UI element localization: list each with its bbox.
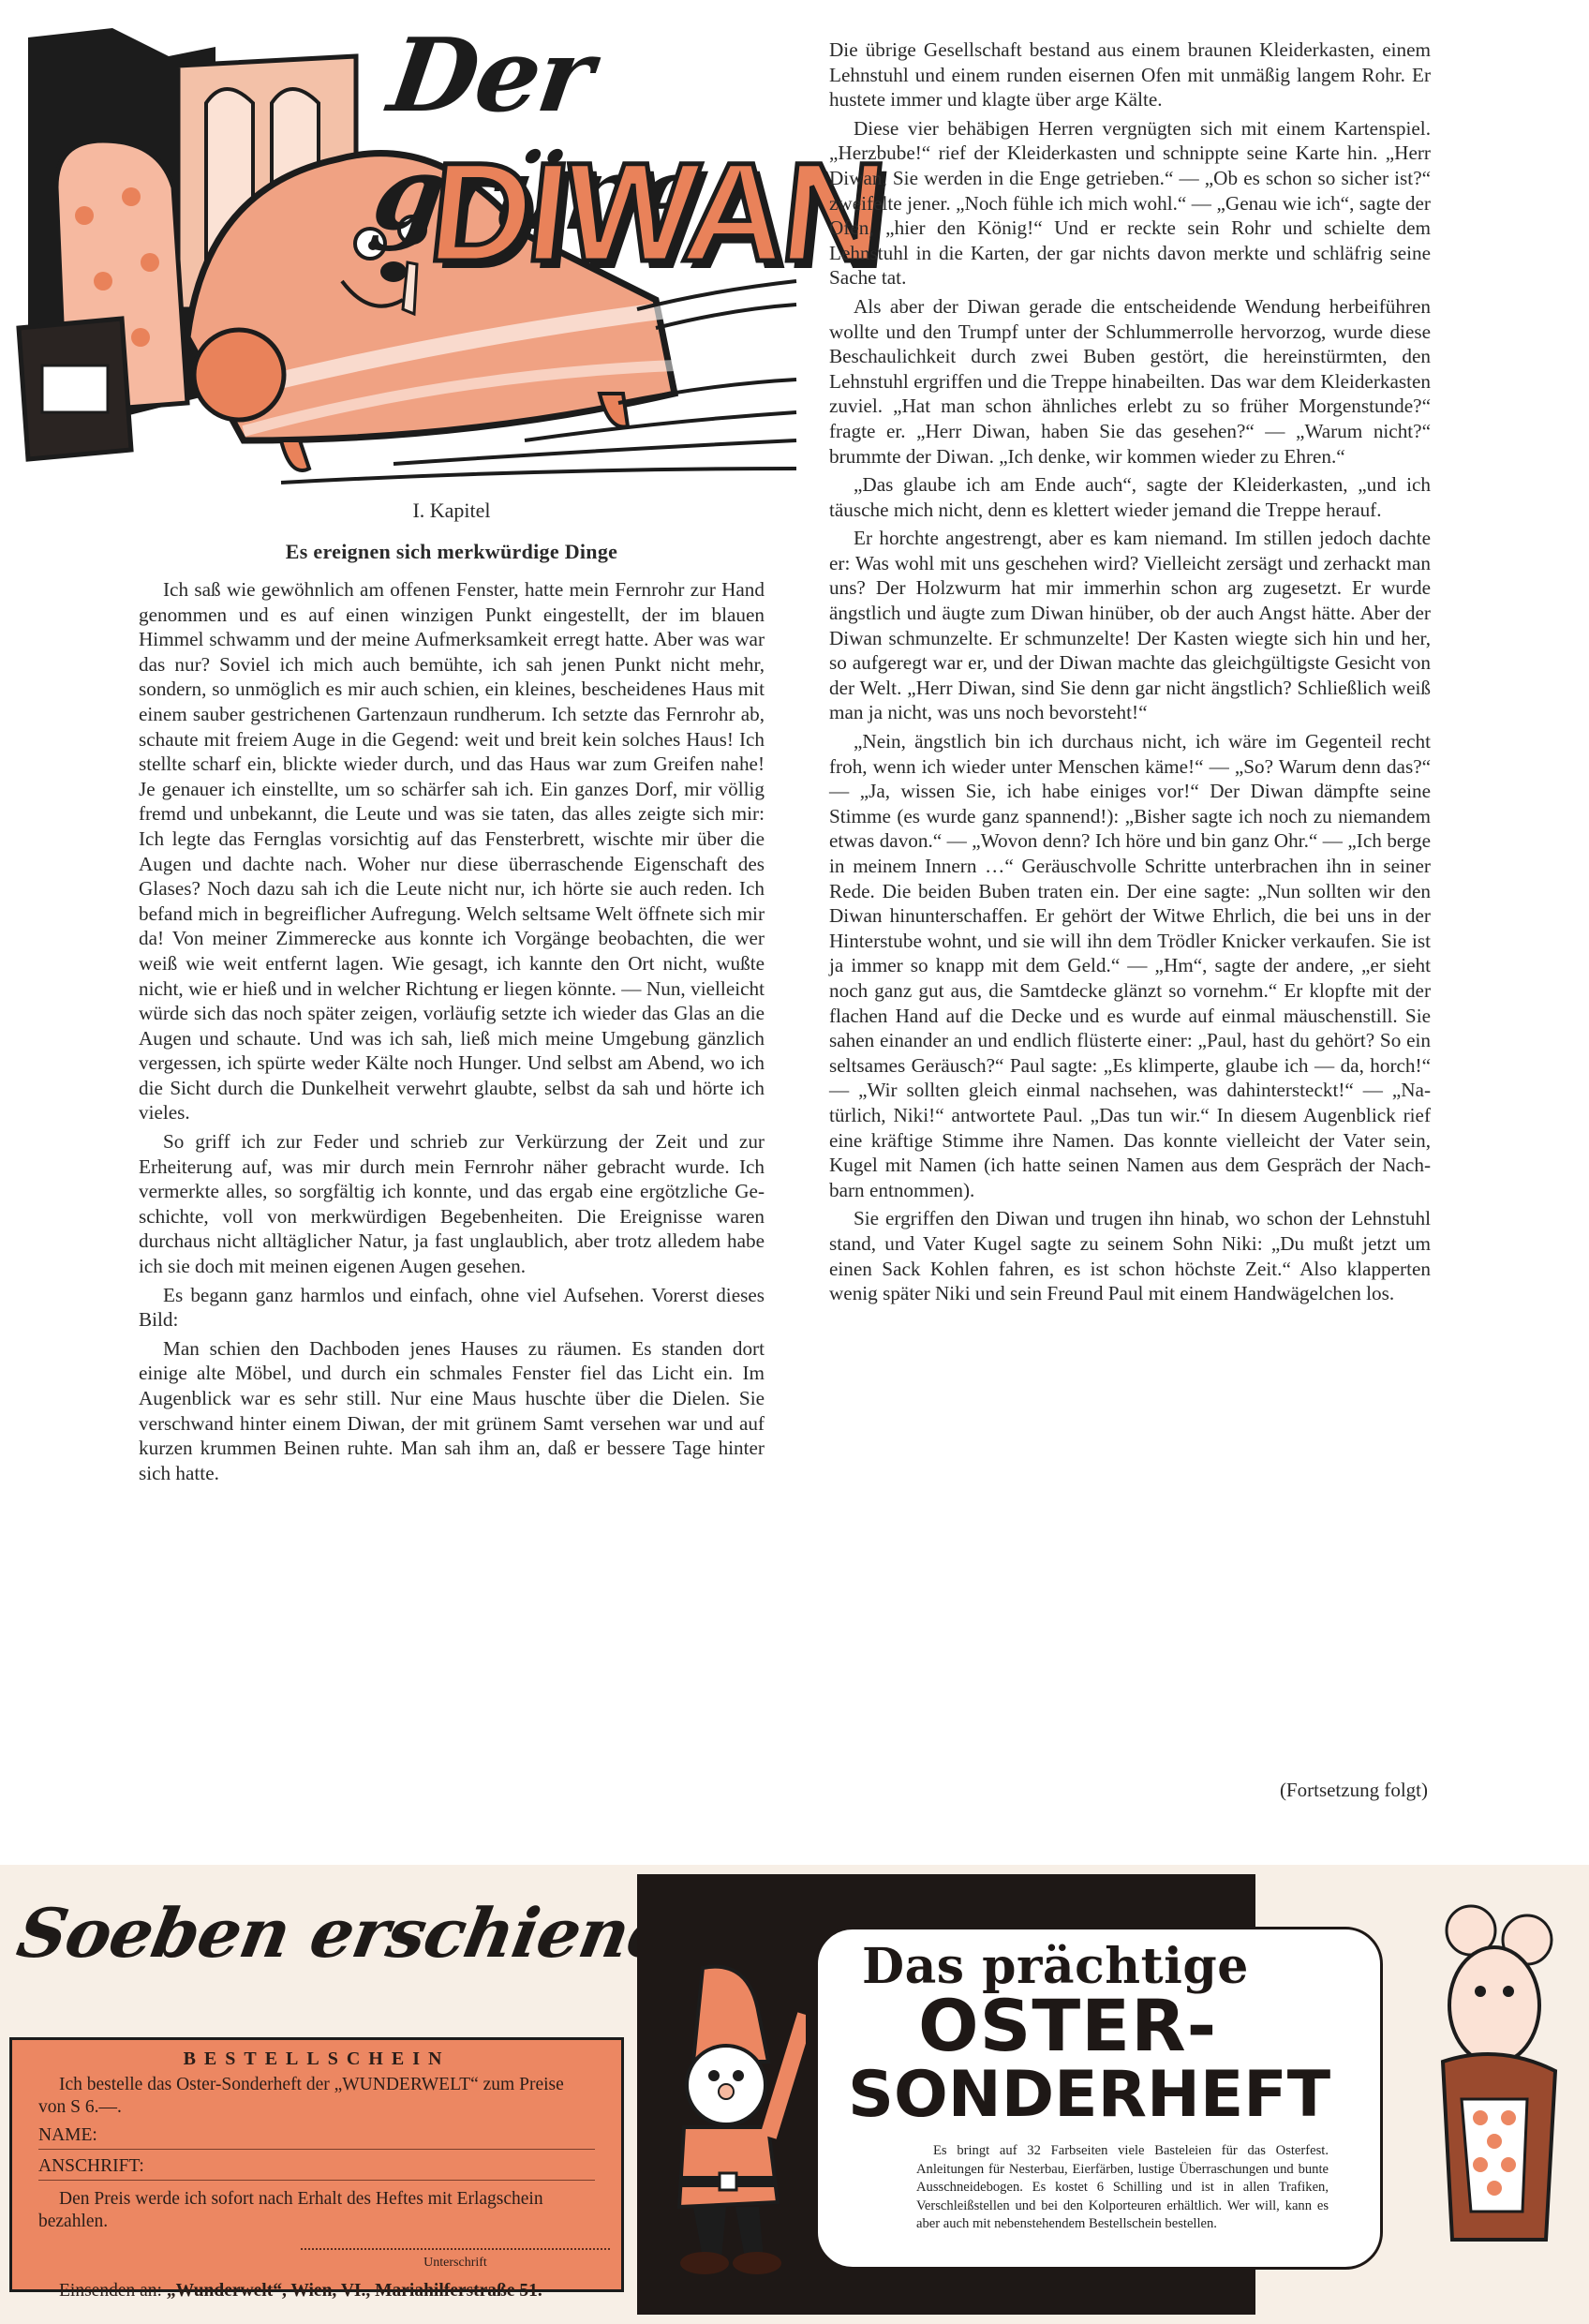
send-address: „Wunderwelt“, Wien, VI., Mariahilfer­str…: [167, 2281, 542, 2301]
paragraph: „Nein, ängstlich bin ich durchaus nicht,…: [829, 729, 1431, 1202]
title-diwan: DIWAN: [423, 131, 889, 293]
paragraph: Sie ergriffen den Diwan und trugen ihn h…: [829, 1206, 1431, 1305]
send-to-line: Einsenden an: „Wunderwelt“, Wien, VI., M…: [38, 2280, 595, 2302]
paragraph: Man schien den Dachboden jenes Hauses zu…: [139, 1336, 765, 1486]
order-form-intro: Ich bestelle das Oster-Sonderheft der „W…: [38, 2074, 595, 2119]
promo-headline-sonderheft: SONDERHEFT: [848, 2062, 1330, 2129]
mouse-character-icon: [1405, 1902, 1574, 2258]
paragraph: Diese vier behäbigen Herren vergnügten s…: [829, 116, 1431, 290]
name-label: NAME:: [38, 2124, 97, 2149]
paragraph: Er horchte angestrengt, aber es kam niem…: [829, 526, 1431, 725]
paragraph: Es begann ganz harmlos und einfach, ohne…: [139, 1283, 765, 1333]
header-illustration: Der grüne DIWAN: [0, 0, 806, 487]
paragraph: Als aber der Diwan gerade die entscheide…: [829, 294, 1431, 469]
name-field[interactable]: NAME:: [38, 2121, 595, 2150]
left-column-text: Ich saß wie gewöhnlich am offenen Fenste…: [139, 577, 765, 1489]
promo-blurb-text: Es bringt auf 32 Farbseiten viele Bastel…: [916, 2142, 1329, 2234]
promo-blurb: Es bringt auf 32 Farbseiten viele Bastel…: [916, 2142, 1329, 2234]
right-column-text: Die übrige Gesellschaft bestand aus eine…: [829, 37, 1431, 1310]
address-label: ANSCHRIFT:: [38, 2155, 144, 2180]
advertisement: Soeben erschienen: BESTELLSCHEIN Ich bes…: [0, 1865, 1589, 2324]
dwarf-character-icon: [646, 1959, 806, 2277]
paragraph: So griff ich zur Feder und schrieb zur V…: [139, 1129, 765, 1279]
order-form-title: BESTELLSCHEIN: [38, 2048, 595, 2070]
signature-field[interactable]: Unterschrift: [301, 2248, 610, 2274]
chapter-number: I. Kapitel: [139, 499, 765, 523]
chapter-title: Es ereignen sich merkwürdige Dinge: [139, 540, 765, 564]
send-prefix: Einsenden an:: [59, 2281, 162, 2301]
address-field[interactable]: ANSCHRIFT:: [38, 2152, 595, 2181]
payment-note: Den Preis werde ich sofort nach Erhalt d…: [38, 2188, 595, 2233]
promo-headline-oster: OSTER-: [918, 1992, 1217, 2060]
order-form: BESTELLSCHEIN Ich bestelle das Oster-Son…: [9, 2037, 624, 2292]
signature-label: Unterschrift: [423, 2256, 487, 2270]
paragraph: Ich saß wie gewöhnlich am offenen Fenste…: [139, 577, 765, 1125]
paragraph: „Das glaube ich am Ende auch“, sagte der…: [829, 472, 1431, 522]
paragraph: Die übrige Gesellschaft bestand aus eine…: [829, 37, 1431, 112]
continued-note: (Fortsetzung folgt): [1280, 1779, 1428, 1802]
